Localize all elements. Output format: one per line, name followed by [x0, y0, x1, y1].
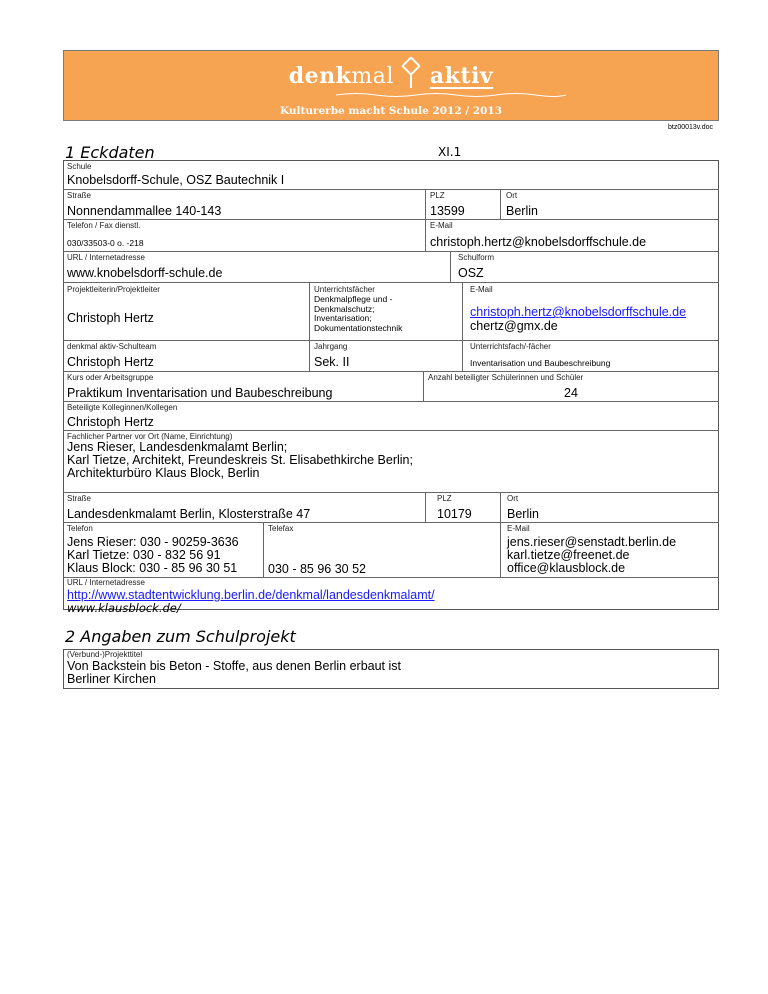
schule-value: Knobelsdorff-Schule, OSZ Bautechnik I [67, 173, 284, 187]
partner-email-label: E-Mail [507, 524, 530, 533]
anzahl-value: 24 [561, 386, 581, 400]
schulform-label: Schulform [458, 253, 494, 262]
stick-figure-icon [398, 57, 426, 91]
anzahl-label: Anzahl beteiligter Schülerinnen und Schü… [428, 373, 583, 382]
strasse-label: Straße [67, 191, 91, 200]
projekttitel-label: (Verbund-)Projekttitel [67, 650, 142, 659]
schule-label: Schule [67, 162, 91, 171]
partner-plz-value: 10179 [437, 507, 472, 521]
pl-email-label: E-Mail [470, 285, 493, 294]
partner-url-label: URL / Internetadresse [67, 578, 145, 587]
partner-telefon-list: Jens Rieser: 030 - 90259-3636 Karl Tietz… [67, 536, 239, 575]
partner-plz-label: PLZ [437, 494, 452, 503]
tagline: Kulturerbe macht Schule 2012 / 2013 [64, 105, 718, 117]
strasse-value: Nonnendammallee 140-143 [67, 204, 221, 218]
telefon-item: Klaus Block: 030 - 85 96 30 51 [67, 562, 239, 575]
partner-item: Architekturbüro Klaus Block, Berlin [67, 467, 413, 480]
kollegen-label: Beteiligte Kolleginnen/Kollegen [67, 403, 177, 412]
projekttitel-item: Berliner Kirchen [67, 673, 401, 686]
jahrgang-label: Jahrgang [314, 342, 347, 351]
unterrichtsfach-label: Unterrichtsfach/-fächer [470, 342, 551, 351]
projektleiter-value: Christoph Hertz [67, 311, 154, 325]
projektleiter-label: Projektleiterin/Projektleiter [67, 285, 160, 294]
unterrichtsfaecher-label: Unterrichtsfächer [314, 285, 375, 294]
kurs-label: Kurs oder Arbeitsgruppe [67, 373, 153, 382]
pl-email-secondary: chertz@gmx.de [470, 319, 558, 333]
partner-url-link[interactable]: http://www.stadtentwicklung.berlin.de/de… [67, 588, 435, 602]
partner-strasse-value: Landesdenkmalamt Berlin, Klosterstraße 4… [67, 507, 310, 521]
email-item: office@klausblock.de [507, 562, 676, 575]
document-id: btz00013v.doc [668, 124, 713, 131]
telefon-value: 030/33503-0 o. -218 [67, 238, 144, 248]
email-label: E-Mail [430, 221, 453, 230]
ort-label: Ort [506, 191, 517, 200]
schulform-value: OSZ [458, 266, 484, 280]
unterrichtsfaecher-list: Denkmalpflege und - Denkmalschutz; Inven… [314, 295, 402, 333]
jahrgang-value: Sek. II [314, 355, 349, 369]
partner-url-secondary: www.klausblock.de/ [67, 601, 181, 615]
partner-telefax-value: 030 - 85 96 30 52 [268, 562, 366, 576]
projekttitel-list: Von Backstein bis Beton - Stoffe, aus de… [67, 660, 401, 686]
ort-value: Berlin [506, 204, 538, 218]
telefon-label: Telefon / Fax dienstl. [67, 221, 140, 230]
logo-text-mal: mal [351, 64, 394, 89]
wave-decoration-icon [336, 92, 566, 98]
logo-text-aktiv: aktiv [430, 63, 493, 89]
denkmal-aktiv-logo: denkmalaktiv [64, 57, 718, 91]
partner-list: Jens Rieser, Landesdenkmalamt Berlin; Ka… [67, 441, 413, 480]
schulteam-label: denkmal aktiv-Schulteam [67, 342, 156, 351]
section-code: XI.1 [438, 145, 461, 159]
partner-telefax-label: Telefax [268, 524, 293, 533]
partner-strasse-label: Straße [67, 494, 91, 503]
pl-email-link[interactable]: christoph.hertz@knobelsdorffschule.de [470, 305, 686, 319]
kollegen-value: Christoph Hertz [67, 415, 154, 429]
partner-telefon-label: Telefon [67, 524, 93, 533]
header-banner: denkmalaktiv Kulturerbe macht Schule 201… [63, 50, 719, 121]
schulteam-value: Christoph Hertz [67, 355, 154, 369]
email-value: christoph.hertz@knobelsdorffschule.de [430, 235, 646, 249]
kurs-value: Praktikum Inventarisation und Baubeschre… [67, 386, 332, 400]
plz-label: PLZ [430, 191, 445, 200]
partner-email-list: jens.rieser@senstadt.berlin.de karl.tiet… [507, 536, 676, 575]
unterrichtsfach-value: Inventarisation und Baubeschreibung [470, 358, 610, 368]
section-2-title: 2 Angaben zum Schulprojekt [65, 627, 296, 646]
subject-item: Dokumentationstechnik [314, 324, 402, 334]
partner-ort-value: Berlin [507, 507, 539, 521]
partner-ort-label: Ort [507, 494, 518, 503]
plz-value: 13599 [430, 204, 465, 218]
url-value: www.knobelsdorff-schule.de [67, 266, 222, 280]
logo-text-denk: denk [289, 63, 352, 89]
url-label: URL / Internetadresse [67, 253, 145, 262]
